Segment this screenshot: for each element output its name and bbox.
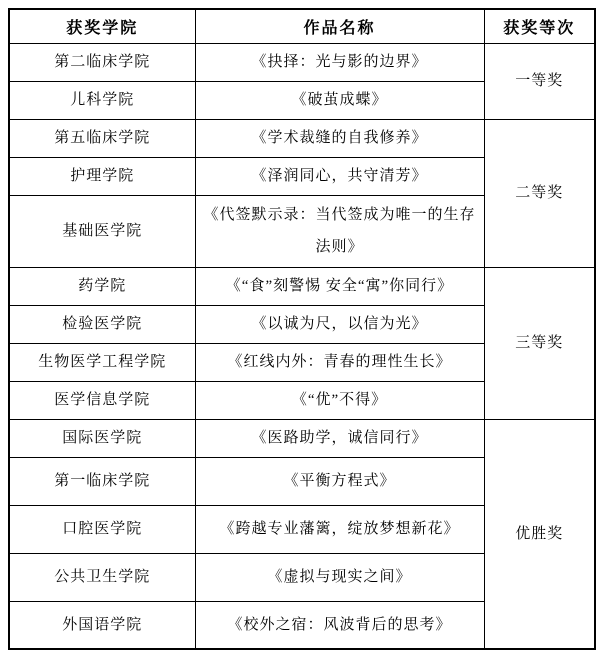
college-cell: 检验医学院 [9,305,195,343]
college-cell: 第一临床学院 [9,457,195,505]
header-row: 获奖学院 作品名称 获奖等次 [9,9,595,43]
work-title-cell: 《虚拟与现实之间》 [195,553,484,601]
work-title-cell: 《“食”刻警惕 安全“寓”你同行》 [195,267,484,305]
document-page: 获奖学院 作品名称 获奖等次 第二临床学院 《抉择：光与影的边界》 一等奖 儿科… [0,0,601,662]
work-title-cell: 《医路助学，诚信同行》 [195,419,484,457]
college-cell: 医学信息学院 [9,381,195,419]
work-title-cell: 《代签默示录：当代签成为唯一的生存法则》 [195,195,484,267]
col-header-award: 获奖等次 [484,9,595,43]
work-title-cell: 《泽润同心，共守清芳》 [195,157,484,195]
table-row: 第二临床学院 《抉择：光与影的边界》 一等奖 [9,43,595,81]
award-level-cell: 优胜奖 [484,419,595,649]
work-title-cell: 《学术裁缝的自我修养》 [195,119,484,157]
college-cell: 口腔医学院 [9,505,195,553]
college-cell: 公共卫生学院 [9,553,195,601]
college-cell: 儿科学院 [9,81,195,119]
college-cell: 外国语学院 [9,601,195,649]
award-table: 获奖学院 作品名称 获奖等次 第二临床学院 《抉择：光与影的边界》 一等奖 儿科… [8,8,596,650]
college-cell: 基础医学院 [9,195,195,267]
college-cell: 药学院 [9,267,195,305]
college-cell: 第五临床学院 [9,119,195,157]
table-row: 第五临床学院 《学术裁缝的自我修养》 二等奖 [9,119,595,157]
college-cell: 国际医学院 [9,419,195,457]
table-row: 国际医学院 《医路助学，诚信同行》 优胜奖 [9,419,595,457]
college-cell: 生物医学工程学院 [9,343,195,381]
work-title-cell: 《“优”不得》 [195,381,484,419]
award-level-cell: 三等奖 [484,267,595,419]
work-title-cell: 《跨越专业藩篱，绽放梦想新花》 [195,505,484,553]
work-title-cell: 《红线内外：青春的理性生长》 [195,343,484,381]
work-title-cell: 《抉择：光与影的边界》 [195,43,484,81]
col-header-work: 作品名称 [195,9,484,43]
work-title-cell: 《校外之宿：风波背后的思考》 [195,601,484,649]
college-cell: 护理学院 [9,157,195,195]
award-level-cell: 一等奖 [484,43,595,119]
work-title-cell: 《平衡方程式》 [195,457,484,505]
col-header-college: 获奖学院 [9,9,195,43]
work-title-cell: 《破茧成蝶》 [195,81,484,119]
award-level-cell: 二等奖 [484,119,595,267]
work-title-cell: 《以诚为尺，以信为光》 [195,305,484,343]
table-row: 药学院 《“食”刻警惕 安全“寓”你同行》 三等奖 [9,267,595,305]
college-cell: 第二临床学院 [9,43,195,81]
